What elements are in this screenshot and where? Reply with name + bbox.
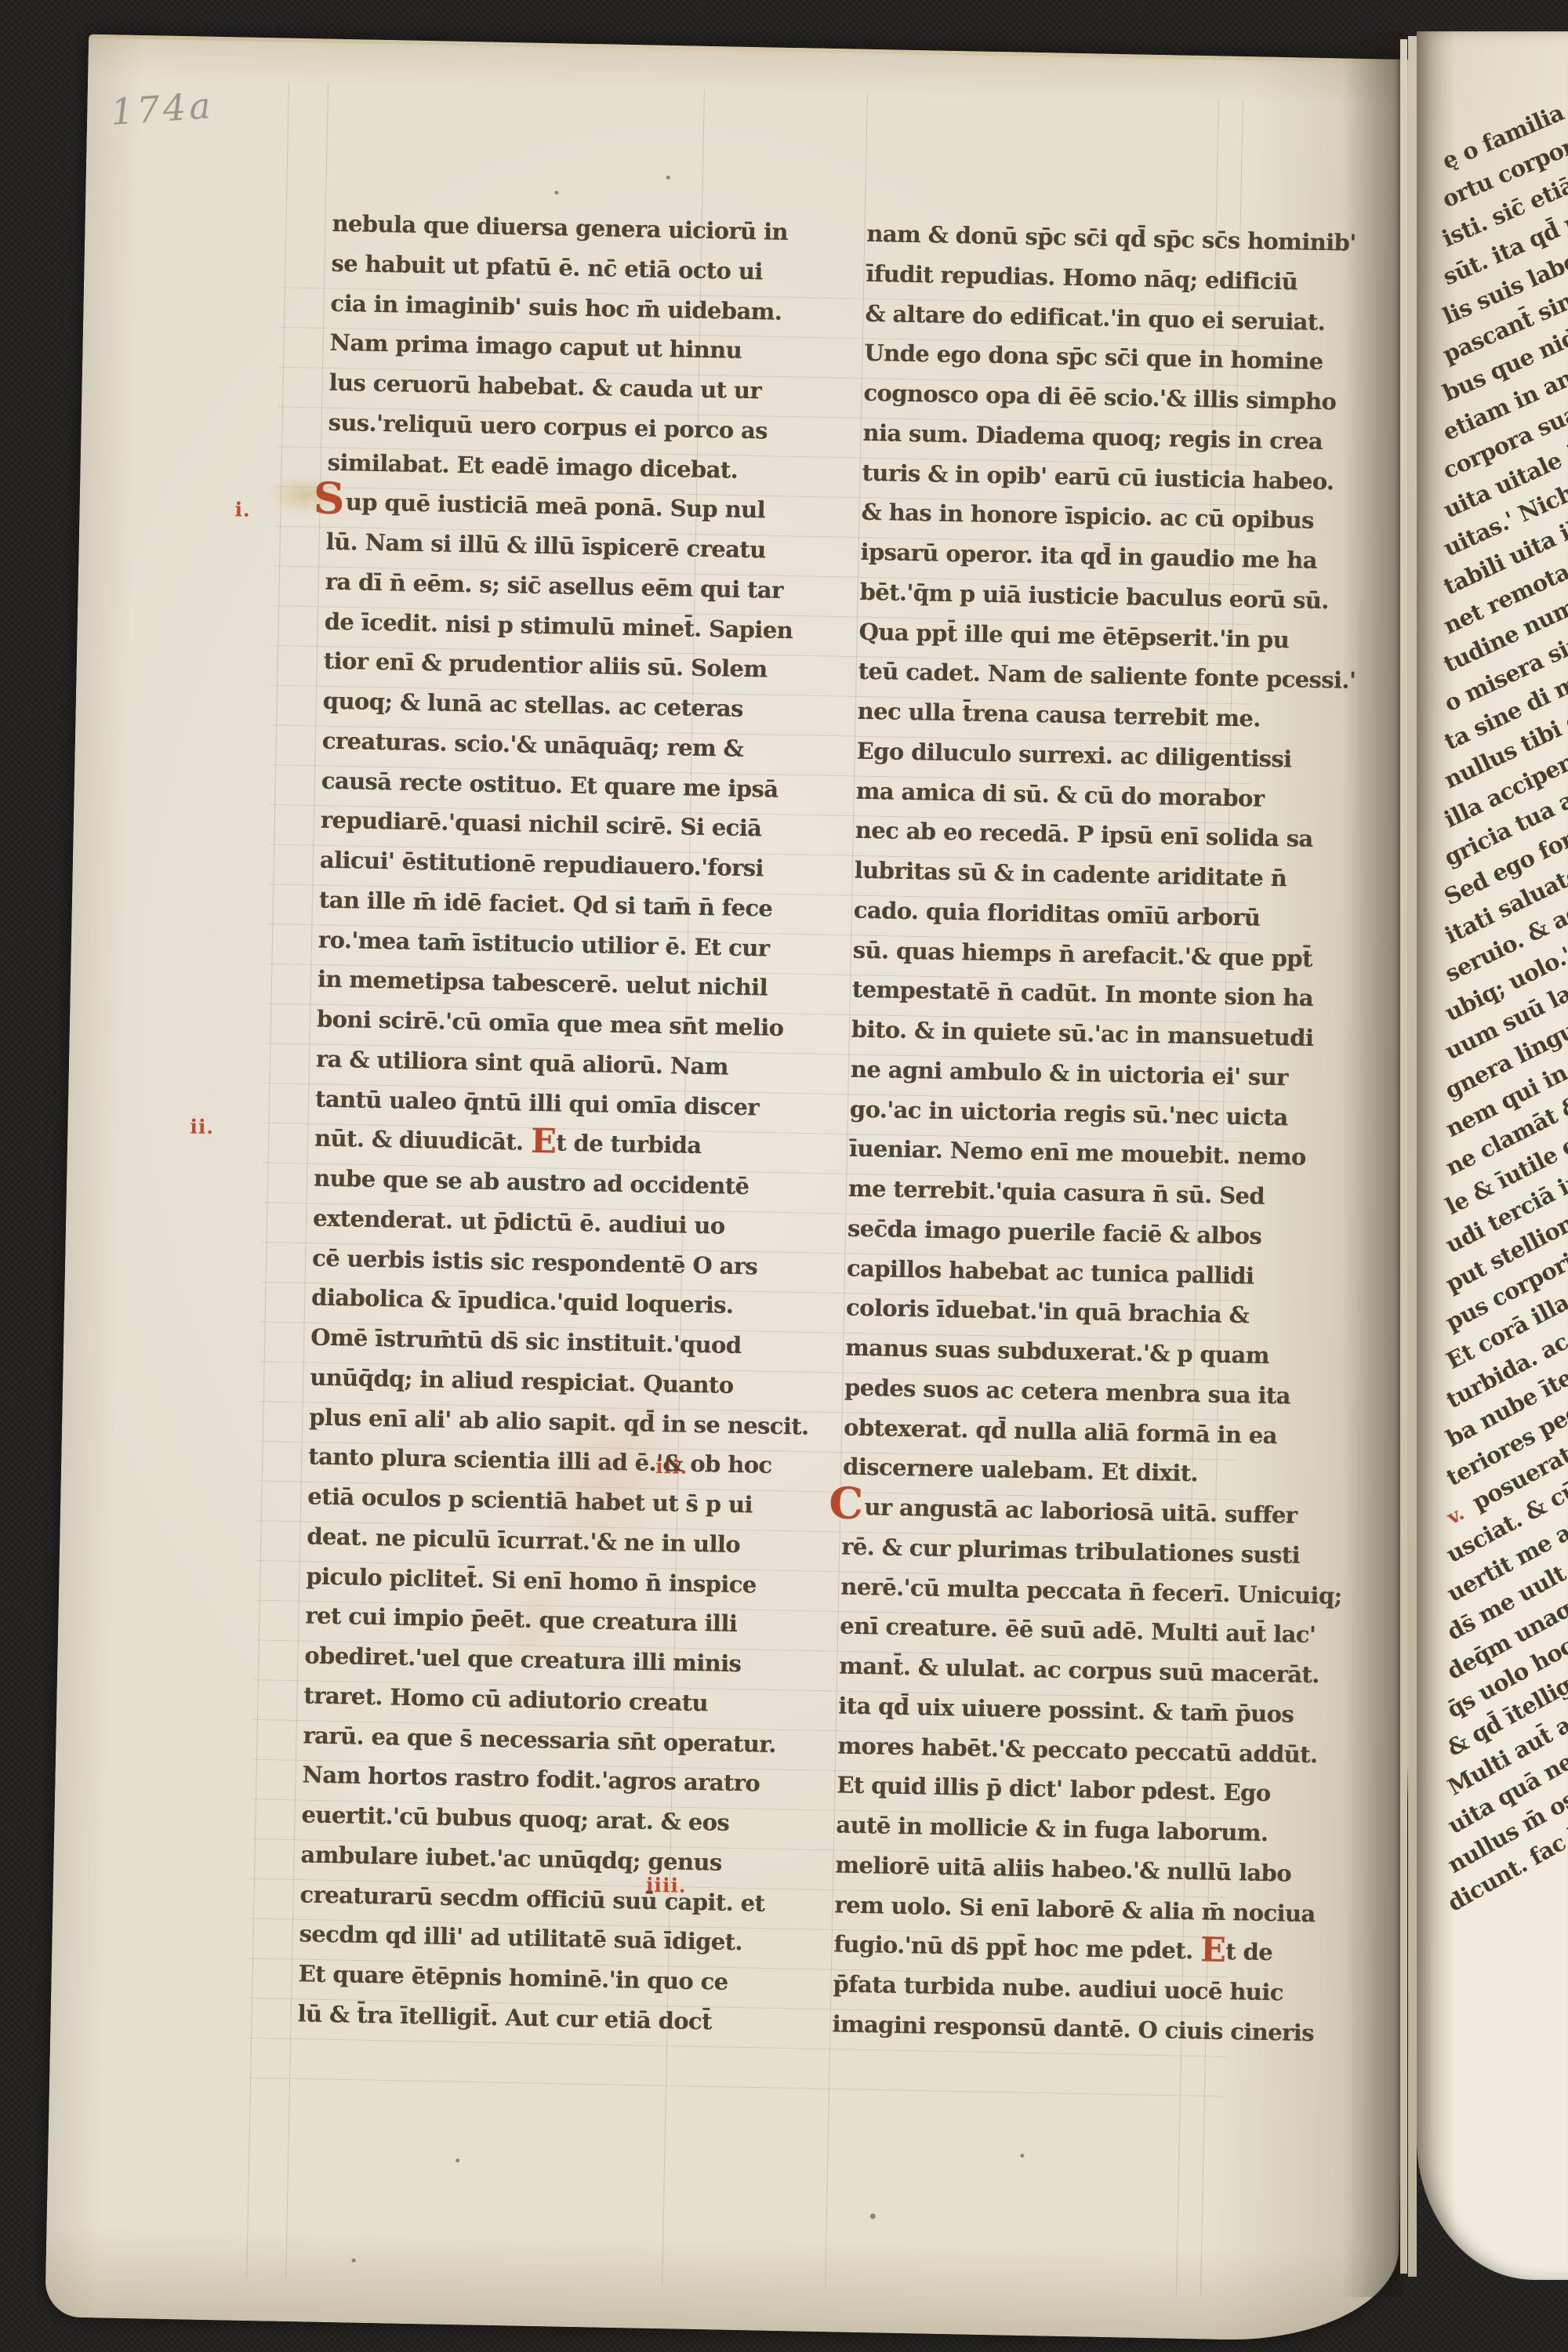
manuscript-line: ita qd̄ uix uiuere possint. & tam̄ p̄uos: [838, 1686, 1231, 1733]
rubric-initial: v.: [1443, 1499, 1473, 1530]
manuscript-line: obediret.'uel que creatura illi minis: [304, 1635, 697, 1682]
speck: [870, 2213, 876, 2219]
rubric-initial: S: [313, 473, 344, 524]
manuscript-line: nebula que diuersa genera uiciorū in: [332, 204, 724, 251]
speck: [554, 191, 558, 194]
manuscript-line: tan ille m̄ idē faciet. Qd si tam̄ n̄ fe…: [318, 880, 711, 927]
manuscript-line: ne agni ambulo & in uictoria ei' sur: [850, 1049, 1243, 1096]
speck: [352, 2259, 356, 2263]
manuscript-line: nube que se ab austro ad occidentē: [314, 1158, 706, 1205]
rubric-initial: C: [829, 1477, 863, 1529]
manuscript-line: traret. Homo cū adiutorio creatu: [303, 1675, 696, 1722]
manuscript-line: īfudit repudias. Homo nāq; edificiū: [866, 254, 1258, 301]
manuscript-line: autē in mollicie & in fuga laborum.: [836, 1805, 1229, 1852]
manuscript-line: cado. quia floriditas omīū arborū: [853, 890, 1246, 937]
manuscript-line: Omē īstrum̄tū ds̄ sic instituit.'quod: [310, 1317, 703, 1364]
manuscript-line: imagini responsū dantē. O ciuis cineris: [832, 2004, 1225, 2051]
manuscript-line: se habuit ut pfatū ē. nc̄ etiā octo ui: [331, 243, 724, 290]
manuscript-line: lubritas sū & in cadente ariditate n̄: [854, 851, 1247, 898]
manuscript-line: ipsarū operor. ita qd̄ in gaudio me ha: [860, 532, 1253, 579]
manuscript-line: alicui' ēstitutionē repudiauero.'forsi: [319, 840, 712, 887]
page-edge-strip: [1408, 36, 1417, 2277]
manuscript-line: lū & t̄ra ītelligit̄. Aut cur etiā doct̄: [297, 1994, 690, 2041]
manuscript-line: unūq̄dq; in aliud respiciat. Quanto: [310, 1357, 702, 1404]
manuscript-line: rē. & cur plurimas tribulationes susti: [841, 1526, 1234, 1573]
right-text-column: nam & donū sp̄c sc̄i qd̄ sp̄c sc̄s homin…: [832, 214, 1259, 2052]
manuscript-line: lus ceruorū habebat. & cauda ut ur: [328, 363, 721, 410]
manuscript-line: boni scirē.'cū omīa que mea sn̄t melio: [317, 1000, 710, 1047]
manuscript-line: Cur angustā ac laboriosā uitā. suffer: [842, 1487, 1235, 1534]
manuscript-line: nia sum. Diadema quoq; regis in crea: [862, 413, 1255, 460]
manuscript-line: mant̄. & ululat. ac corpus suū macerāt.: [839, 1646, 1232, 1693]
speck: [456, 2158, 459, 2162]
manuscript-line: quoq; & lunā ac stellas. ac ceteras: [322, 681, 715, 728]
manuscript-line: bēt.'q̄m p uiā iusticie baculus eorū sū.: [859, 572, 1252, 619]
manuscript-line: meliorē uitā aliis habeo.'& nullū labo: [835, 1845, 1228, 1892]
manuscript-line: Ego diluculo surrexi. ac diligentissi: [856, 731, 1249, 778]
manuscript-line: Et quare ētēpnis hominē.'in quo ce: [298, 1954, 691, 2001]
manuscript-line: sus.'reliquū uero corpus ei porco as: [328, 402, 720, 449]
speck: [1020, 2154, 1024, 2158]
manuscript-line: bito. & in quiete sū.'ac in mansuetudi: [851, 1010, 1243, 1057]
manuscript-line: euertit.'cū bubus quoq; arat. & eos: [301, 1795, 694, 1842]
manuscript-line: etiā oculos p scientiā habet ut s̄ p ui: [307, 1476, 700, 1523]
pencil-foliation: 174a: [110, 84, 216, 133]
chapter-numeral-ii: ii.: [190, 1115, 214, 1138]
manuscript-line: ra dī n̄ eēm. s; sic̄ asellus eēm qui ta…: [325, 561, 717, 608]
rubric-initial: E: [1200, 1931, 1226, 1971]
manuscript-line: nec ulla t̄rena causa terrebit me.: [857, 691, 1250, 739]
manuscript-line: deat. ne piculū īcurrat.'& ne in ullo: [307, 1516, 699, 1563]
manuscript-line: me terrebit.'quia casura n̄ sū. Sed: [848, 1169, 1241, 1216]
manuscript-line: nam & donū sp̄c sc̄i qd̄ sp̄c sc̄s homin…: [866, 214, 1259, 261]
manuscript-line: ambulare iubet.'ac unūqdq; genus: [300, 1835, 693, 1882]
manuscript-line: extenderat. ut p̄dictū ē. audiui uo: [313, 1198, 706, 1245]
page-edge-strip: [1400, 39, 1407, 2274]
speck: [666, 176, 670, 180]
manuscript-left-page: 174a i. ii. iii. iiii. nebula que diuers…: [45, 34, 1441, 2343]
manuscript-line: pedes suos ac cetera menbra sua ita: [844, 1367, 1237, 1414]
left-text-column: nebula que diuersa genera uiciorū inse h…: [297, 204, 724, 2042]
rubric-initial: E: [531, 1122, 557, 1162]
manuscript-line: lū. Nam si illū & illū īspicerē creatu: [325, 522, 718, 569]
next-page-edge: ę o familia miser portu corporalis imais…: [1417, 31, 1568, 2280]
chapter-numeral-i: i.: [234, 498, 251, 521]
manuscript-line: manus suas subduxerat.'& p quam: [845, 1328, 1238, 1375]
manuscript-line: creaturas. scio.'& unāquāq; rem &: [321, 720, 714, 768]
manuscript-line: cognosco opa di ēē scio.'& illis simpho: [863, 373, 1256, 420]
manuscript-photo: { "page": { "foliation": "174a", "descri…: [0, 0, 1568, 2352]
manuscript-line: ra & utiliora sint quā aliorū. Nam: [316, 1039, 709, 1086]
manuscript-line: sec̄da imago puerile faciē & albos: [848, 1208, 1240, 1255]
manuscript-line: p̄fata turbida nube. audiui uocē huic: [833, 1964, 1225, 2011]
